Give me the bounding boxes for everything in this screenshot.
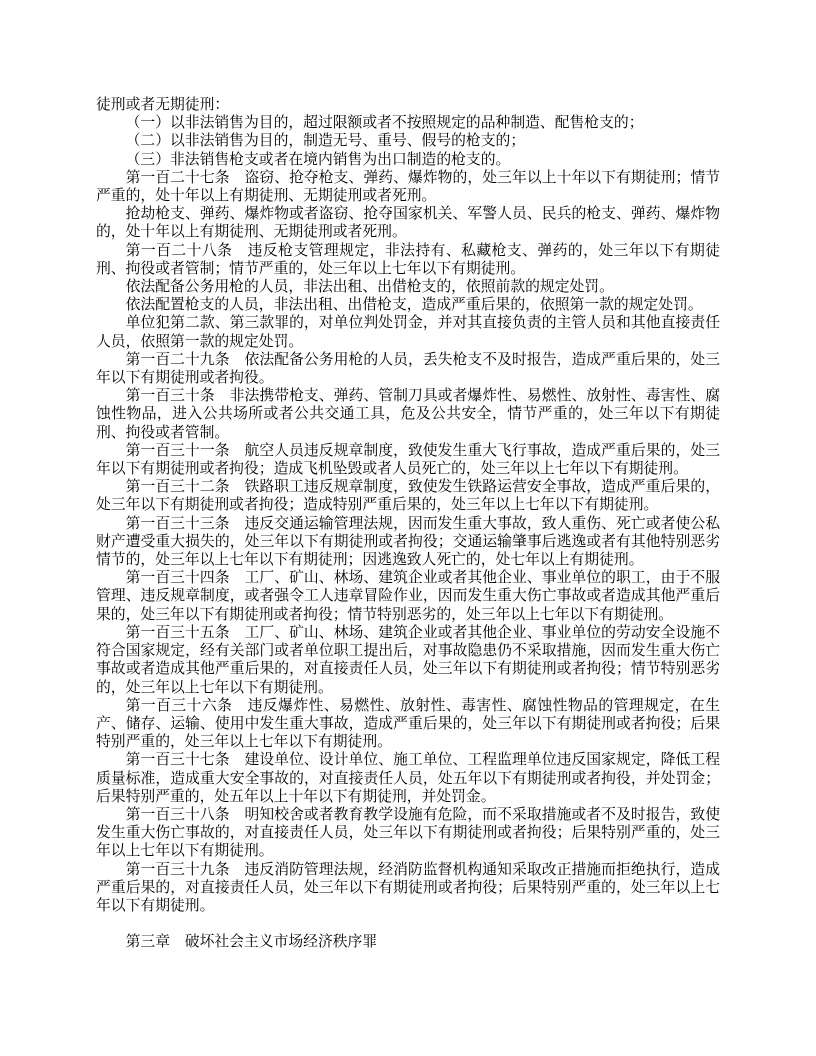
legal-paragraph: 第一百三十二条 铁路职工违反规章制度，致使发生铁路运营安全事故，造成严重后果的，… (96, 478, 720, 514)
legal-paragraph: 第一百三十一条 航空人员违反规章制度，致使发生重大飞行事故，造成严重后果的，处三… (96, 442, 720, 478)
legal-paragraph: 第一百三十六条 违反爆炸性、易燃性、放射性、毒害性、腐蚀性物品的管理规定，在生产… (96, 697, 720, 752)
legal-paragraph: 单位犯第二款、第三款罪的，对单位判处罚金，并对其直接负责的主管人员和其他直接责任… (96, 314, 720, 350)
legal-paragraph: 第一百二十九条 依法配备公务用枪的人员，丢失枪支不及时报告，造成严重后果的，处三… (96, 351, 720, 387)
legal-paragraph: 抢劫枪支、弹药、爆炸物或者盗窃、抢夺国家机关、军警人员、民兵的枪支、弹药、爆炸物… (96, 205, 720, 241)
legal-paragraph: （二）以非法销售为目的，制造无号、重号、假号的枪支的； (96, 132, 720, 150)
legal-paragraph: （三）非法销售枪支或者在境内销售为出口制造的枪支的。 (96, 151, 720, 169)
legal-paragraph: 徒刑或者无期徒刑： (96, 96, 720, 114)
document-page: 徒刑或者无期徒刑：（一）以非法销售为目的，超过限额或者不按照规定的品种制造、配售… (0, 0, 816, 1056)
legal-paragraph: 依法配置枪支的人员，非法出租、出借枪支，造成严重后果的，依照第一款的规定处罚。 (96, 296, 720, 314)
legal-paragraph: 第一百三十八条 明知校舍或者教育教学设施有危险，而不采取措施或者不及时报告，致使… (96, 806, 720, 861)
legal-document-body: 徒刑或者无期徒刑：（一）以非法销售为目的，超过限额或者不按照规定的品种制造、配售… (96, 96, 720, 952)
legal-paragraph: 第一百三十九条 违反消防管理法规，经消防监督机构通知采取改正措施而拒绝执行，造成… (96, 861, 720, 916)
chapter-heading: 第三章 破坏社会主义市场经济秩序罪 (96, 933, 720, 951)
legal-paragraph: 第一百三十条 非法携带枪支、弹药、管制刀具或者爆炸性、易燃性、放射性、毒害性、腐… (96, 387, 720, 442)
legal-paragraph: 第一百三十五条 工厂、矿山、林场、建筑企业或者其他企业、事业单位的劳动安全设施不… (96, 624, 720, 697)
legal-paragraph: 第一百三十七条 建设单位、设计单位、施工单位、工程监理单位违反国家规定，降低工程… (96, 751, 720, 806)
legal-paragraph: 依法配备公务用枪的人员，非法出租、出借枪支的，依照前款的规定处罚。 (96, 278, 720, 296)
legal-paragraph: 第一百二十七条 盗窃、抢夺枪支、弹药、爆炸物的，处三年以上十年以下有期徒刑；情节… (96, 169, 720, 205)
legal-paragraph: 第一百二十八条 违反枪支管理规定，非法持有、私藏枪支、弹药的，处三年以下有期徒刑… (96, 242, 720, 278)
paragraph-container: 徒刑或者无期徒刑：（一）以非法销售为目的，超过限额或者不按照规定的品种制造、配售… (96, 96, 720, 915)
legal-paragraph: （一）以非法销售为目的，超过限额或者不按照规定的品种制造、配售枪支的； (96, 114, 720, 132)
legal-paragraph: 第一百三十三条 违反交通运输管理法规，因而发生重大事故，致人重伤、死亡或者使公私… (96, 515, 720, 570)
legal-paragraph: 第一百三十四条 工厂、矿山、林场、建筑企业或者其他企业、事业单位的职工，由于不服… (96, 569, 720, 624)
